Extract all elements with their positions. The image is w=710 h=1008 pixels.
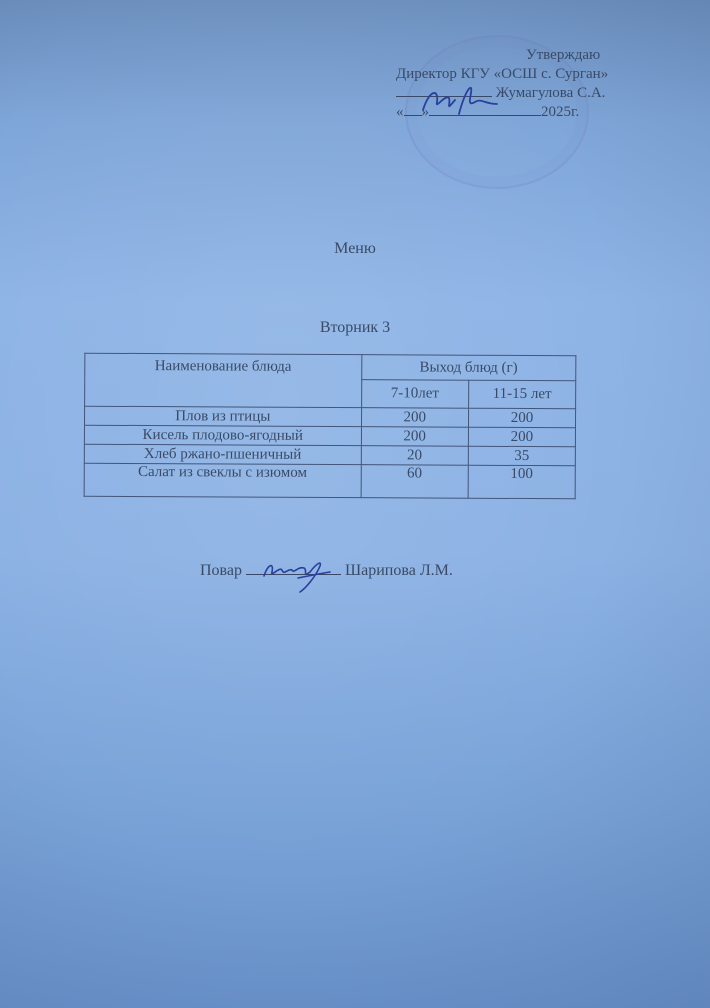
- yield-11-15: 100: [468, 465, 575, 499]
- director-signature-icon: [415, 80, 505, 120]
- header-yield: Выход блюд (г): [361, 355, 576, 382]
- header-dish-name: Наименование блюда: [85, 353, 362, 407]
- table-row: Плов из птицы 200 200: [85, 406, 576, 428]
- dish-name: Кисель плодово-ягодный: [84, 425, 361, 445]
- yield-11-15: 200: [468, 427, 575, 447]
- document-day: Вторник 3: [0, 319, 710, 337]
- yield-11-15: 200: [468, 408, 575, 428]
- yield-7-10: 20: [361, 446, 468, 466]
- table-row: Хлеб ржано-пшеничный 20 35: [84, 444, 575, 466]
- header-age-7-10: 7-10лет: [361, 380, 469, 408]
- yield-7-10: 200: [361, 427, 468, 447]
- approval-signatory: Жумагулова С.А.: [496, 85, 606, 101]
- dish-name: Хлеб ржано-пшеничный: [84, 444, 361, 464]
- menu-table: Наименование блюда Выход блюд (г) 7-10ле…: [84, 353, 577, 500]
- yield-7-10: 200: [361, 408, 468, 428]
- cook-label: Повар: [200, 562, 242, 579]
- cook-name: Шарипова Л.М.: [345, 562, 453, 579]
- header-age-11-15: 11-15 лет: [469, 381, 576, 409]
- photo-vignette: [0, 0, 710, 1008]
- yield-11-15: 35: [468, 446, 575, 466]
- cook-signature-icon: [258, 558, 358, 594]
- yield-7-10: 60: [361, 465, 469, 499]
- approval-year: 2025г.: [541, 104, 579, 120]
- date-open-quote: «: [396, 104, 404, 120]
- dish-name: Плов из птицы: [85, 406, 362, 426]
- table-row: Кисель плодово-ягодный 200 200: [84, 425, 575, 447]
- dish-name: Салат из свеклы с изюмом: [84, 463, 361, 497]
- approval-heading: Утверждаю: [396, 46, 676, 65]
- table-row: Салат из свеклы с изюмом 60 100: [84, 463, 575, 499]
- document-title: Меню: [0, 240, 710, 258]
